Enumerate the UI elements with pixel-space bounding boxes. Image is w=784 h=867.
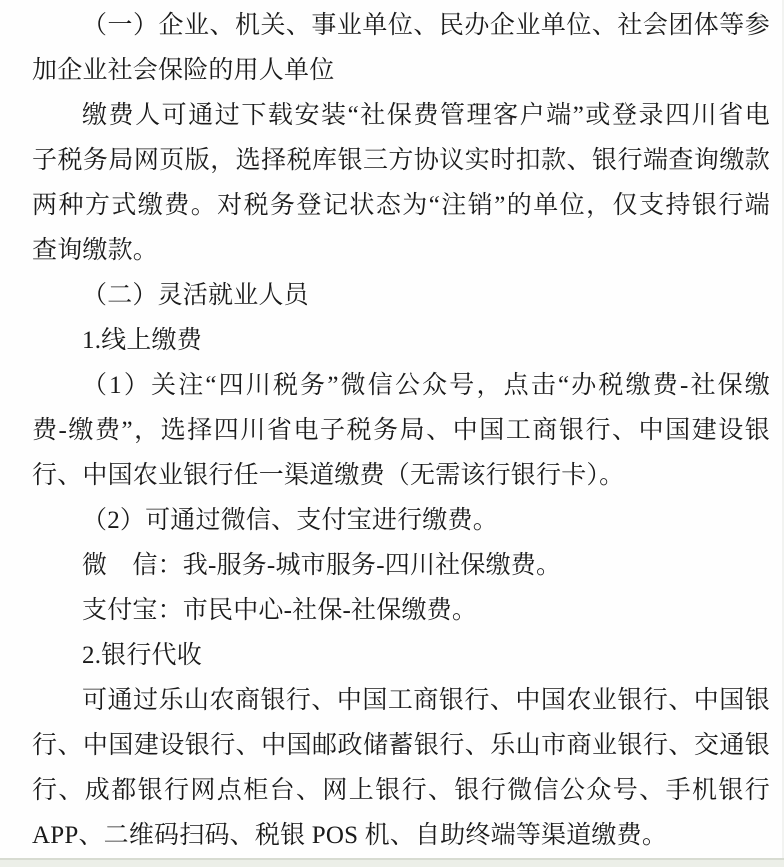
text-line: 加企业社会保险的用人单位 <box>32 48 770 93</box>
section-1-body: 缴费人可通过下载安装“社保费管理客户端”或登录四川省电子税务局网页版，选择税库银… <box>32 93 770 273</box>
section-2-sub-1-heading: 1.线上缴费 <box>32 318 770 363</box>
alipay-path: 支付宝：市民中心-社保-社保缴费。 <box>32 588 770 633</box>
text-line: （2）可通过微信、支付宝进行缴费。 <box>32 498 770 543</box>
text-line: （1）关注“四川税务”微信公众号，点击“办税缴费-社保缴 <box>32 363 770 408</box>
text-line: 查询缴款。 <box>32 228 770 273</box>
section-2-sub-2-heading: 2.银行代收 <box>32 633 770 678</box>
text-line: 行、成都银行网点柜台、网上银行、银行微信公众号、手机银行 <box>32 768 770 813</box>
text-line: 微 信：我-服务-城市服务-四川社保缴费。 <box>32 543 770 588</box>
online-payment-channel-2: （2）可通过微信、支付宝进行缴费。 <box>32 498 770 543</box>
document-body: （一）企业、机关、事业单位、民办企业单位、社会团体等参加企业社会保险的用人单位缴… <box>32 3 770 858</box>
text-line: 两种方式缴费。对税务登记状态为“注销”的单位，仅支持银行端 <box>32 183 770 228</box>
wechat-path: 微 信：我-服务-城市服务-四川社保缴费。 <box>32 543 770 588</box>
section-1-heading: （一）企业、机关、事业单位、民办企业单位、社会团体等参加企业社会保险的用人单位 <box>32 3 770 93</box>
text-line: （一）企业、机关、事业单位、民办企业单位、社会团体等参 <box>32 3 770 48</box>
text-line: 支付宝：市民中心-社保-社保缴费。 <box>32 588 770 633</box>
text-line: APP、二维码扫码、税银 POS 机、自助终端等渠道缴费。 <box>32 813 770 858</box>
text-line: 1.线上缴费 <box>32 318 770 363</box>
text-line: 费-缴费”，选择四川省电子税务局、中国工商银行、中国建设银 <box>32 408 770 453</box>
bottom-strip <box>0 858 784 867</box>
text-line: 行、中国农业银行任一渠道缴费（无需该行银行卡）。 <box>32 453 770 498</box>
bank-collection-body: 可通过乐山农商银行、中国工商银行、中国农业银行、中国银行、中国建设银行、中国邮政… <box>32 678 770 858</box>
text-line: 行、中国建设银行、中国邮政储蓄银行、乐山市商业银行、交通银 <box>32 723 770 768</box>
document-page: { "colors": { "page_bg": "#fefefe", "tex… <box>0 0 784 867</box>
online-payment-channel-1: （1）关注“四川税务”微信公众号，点击“办税缴费-社保缴费-缴费”，选择四川省电… <box>32 363 770 498</box>
section-2-heading: （二）灵活就业人员 <box>32 273 770 318</box>
text-line: 缴费人可通过下载安装“社保费管理客户端”或登录四川省电 <box>32 93 770 138</box>
text-line: 2.银行代收 <box>32 633 770 678</box>
text-line: 可通过乐山农商银行、中国工商银行、中国农业银行、中国银 <box>32 678 770 723</box>
text-line: （二）灵活就业人员 <box>32 273 770 318</box>
text-line: 子税务局网页版，选择税库银三方协议实时扣款、银行端查询缴款 <box>32 138 770 183</box>
